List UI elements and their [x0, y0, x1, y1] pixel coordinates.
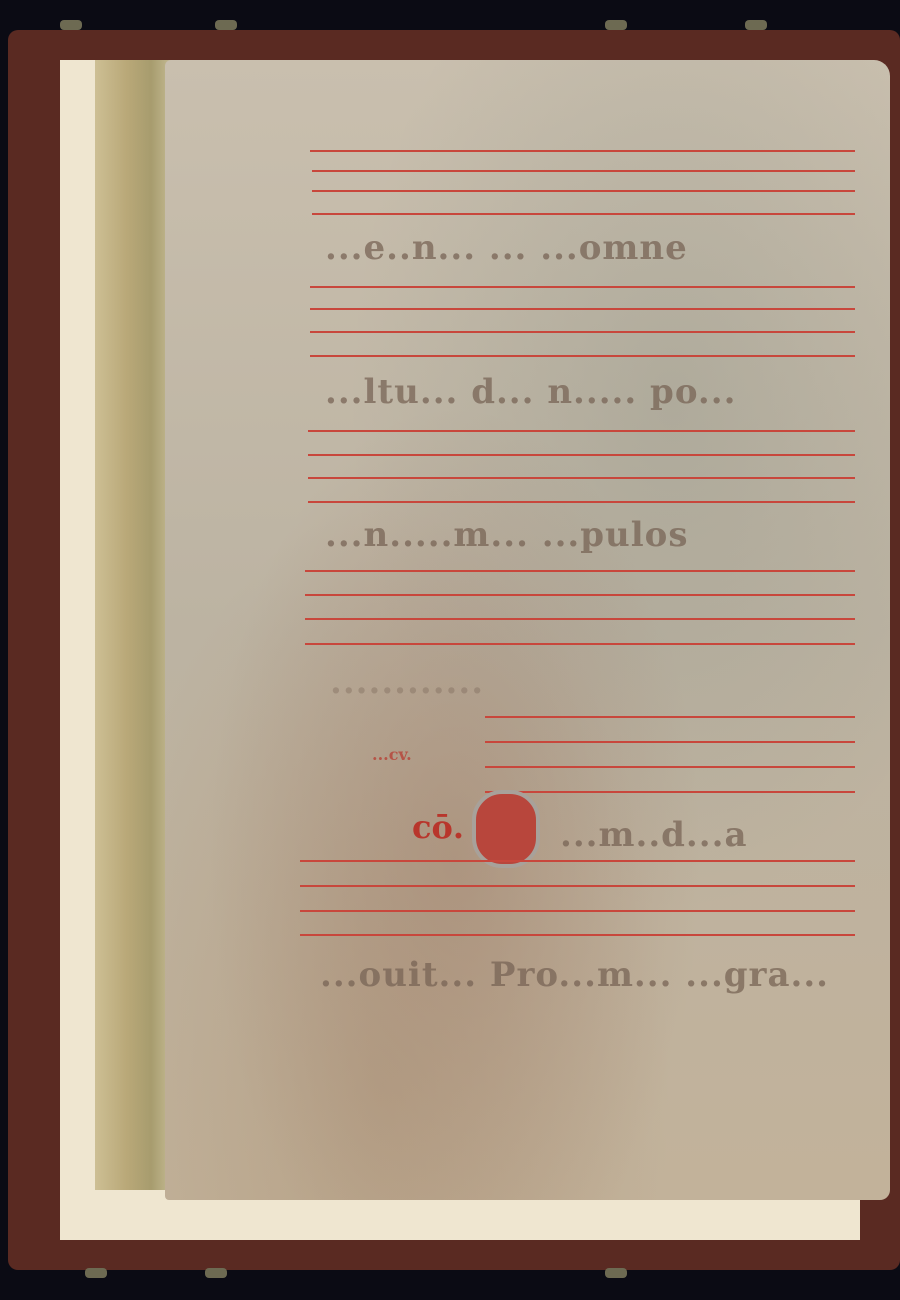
- staff-line: [305, 618, 855, 620]
- illuminated-initial: [472, 790, 540, 868]
- text-line: ...ltu... d... n..... po...: [325, 372, 736, 412]
- text-line: ...ouit... Pro...m... ...gra...: [320, 955, 829, 995]
- staff-line: [312, 170, 855, 172]
- staff-line: [485, 716, 855, 718]
- text-line: ............: [330, 662, 484, 702]
- staff-line: [305, 594, 855, 596]
- staff-line: [308, 501, 855, 503]
- binding-stud: [60, 20, 82, 30]
- staff-line: [310, 286, 855, 288]
- rubric-numeral: ...cv.: [372, 745, 412, 764]
- staff-line: [485, 766, 855, 768]
- staff-line: [300, 860, 855, 862]
- staff-line: [312, 213, 855, 215]
- staff-line: [300, 910, 855, 912]
- binding-stud: [215, 20, 237, 30]
- text-line: ...e..n... ... ...omne: [325, 228, 688, 268]
- staff-line: [310, 150, 855, 152]
- binding-stud: [85, 1268, 107, 1278]
- staff-line: [308, 430, 855, 432]
- staff-line: [305, 643, 855, 645]
- staff-line: [300, 934, 855, 936]
- staff-line: [308, 454, 855, 456]
- staff-line: [300, 885, 855, 887]
- binding-stud: [605, 1268, 627, 1278]
- staff-line: [312, 190, 855, 192]
- text-line: ...m..d...a: [560, 815, 747, 855]
- staff-line: [485, 741, 855, 743]
- staff-line: [485, 791, 855, 793]
- staff-line: [310, 355, 855, 357]
- staff-line: [310, 308, 855, 310]
- rubric-label: cō.: [412, 808, 464, 846]
- text-line: ...n.....m... ...pulos: [325, 515, 688, 555]
- staff-line: [310, 331, 855, 333]
- binding-stud: [605, 20, 627, 30]
- page-edges: [95, 60, 175, 1190]
- staff-line: [308, 477, 855, 479]
- binding-stud: [205, 1268, 227, 1278]
- staff-line: [305, 570, 855, 572]
- binding-stud: [745, 20, 767, 30]
